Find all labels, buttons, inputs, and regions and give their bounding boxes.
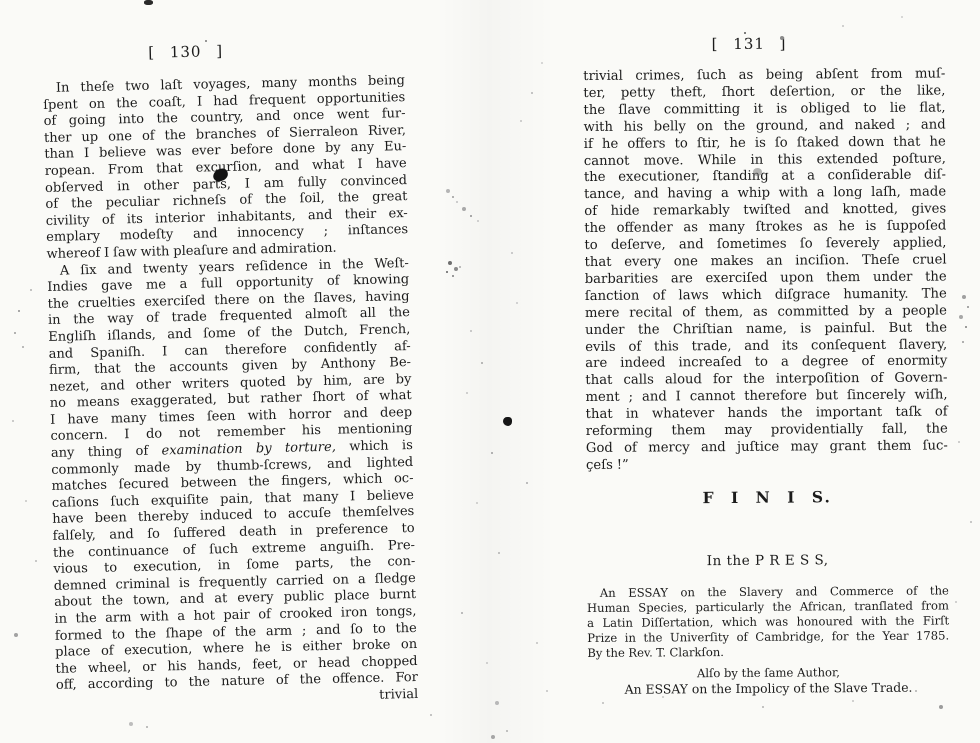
- press-announcement: An ESSAY on the Slavery and Commerce of …: [587, 583, 950, 661]
- text-line: By the Rev. T. Clarkſon.: [587, 643, 949, 661]
- second-essay-title: An ESSAY on the Impolicy of the Slave Tr…: [588, 679, 950, 697]
- text-line: çeſs !”: [586, 455, 948, 474]
- text-line: God of mercy and juſtice may grant them …: [586, 438, 948, 457]
- page-number-right: [ 131 ]: [583, 33, 945, 54]
- text-line: Prize in the Univerſity of Cambridge, fo…: [587, 628, 949, 646]
- in-the-press-heading: In the P R E S S,: [587, 551, 949, 570]
- ink-mark: [144, 0, 153, 5]
- page-131-text: trivial crimes, ſuch as being abſent fro…: [583, 66, 948, 474]
- ink-blot: [503, 417, 512, 426]
- scan-noise-edges: [0, 0, 2, 2]
- page-130-text: In theſe two laſt voyages, many months b…: [43, 73, 419, 711]
- page-number-left: [ 130 ]: [42, 38, 404, 64]
- ink-smudge: [753, 168, 762, 176]
- book-scan: [ 130 ] In theſe two laſt voyages, many …: [0, 0, 980, 743]
- same-author-byline: Alſo by the ſame Author,: [587, 664, 949, 681]
- page-131: [ 131 ] trivial crimes, ſuch as being ab…: [583, 33, 950, 696]
- page-gutter: [440, 0, 550, 743]
- page-130: [ 130 ] In theſe two laſt voyages, many …: [42, 38, 418, 711]
- finis-heading: F I N I S.: [586, 486, 948, 508]
